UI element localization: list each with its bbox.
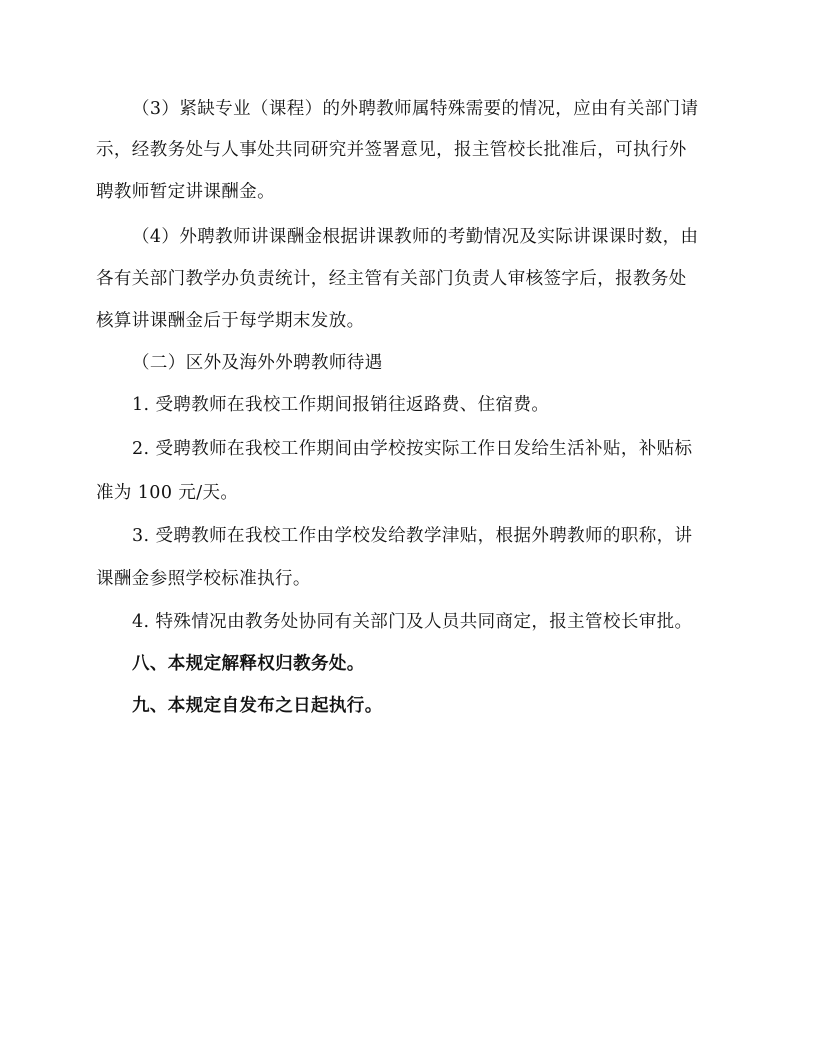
- item-2-line-2: 准为 100 元/天。: [96, 481, 238, 505]
- paragraph-4-line-1: （4）外聘教师讲课酬金根据讲课教师的考勤情况及实际讲课课时数，由: [132, 225, 698, 249]
- paragraph-3-line-3: 聘教师暂定讲课酬金。: [96, 180, 275, 204]
- paragraph-4-line-3: 核算讲课酬金后于每学期末发放。: [96, 309, 365, 333]
- paragraph-3-line-1: （3）紧缺专业（课程）的外聘教师属特殊需要的情况，应由有关部门请: [132, 97, 698, 121]
- article-9-heading: 九、本规定自发布之日起执行。: [132, 694, 383, 718]
- item-3-line-1: 3. 受聘教师在我校工作由学校发给教学津贴，根据外聘教师的职称，讲: [132, 524, 692, 548]
- item-2-line-1: 2. 受聘教师在我校工作期间由学校按实际工作日发给生活补贴，补贴标: [132, 437, 692, 461]
- section-heading-2: （二）区外及海外外聘教师待遇: [132, 351, 383, 375]
- item-1: 1. 受聘教师在我校工作期间报销往返路费、住宿费。: [132, 393, 549, 417]
- item-3-line-2: 课酬金参照学校标准执行。: [96, 567, 311, 591]
- document-page: （3）紧缺专业（课程）的外聘教师属特殊需要的情况，应由有关部门请 示，经教务处与…: [0, 0, 816, 1056]
- paragraph-4-line-2: 各有关部门教学办负责统计，经主管有关部门负责人审核签字后，报教务处: [96, 267, 687, 291]
- paragraph-3-line-2: 示，经教务处与人事处共同研究并签署意见，报主管校长批准后，可执行外: [96, 138, 687, 162]
- article-8-heading: 八、本规定解释权归教务处。: [132, 652, 365, 676]
- item-4: 4. 特殊情况由教务处协同有关部门及人员共同商定，报主管校长审批。: [132, 610, 692, 634]
